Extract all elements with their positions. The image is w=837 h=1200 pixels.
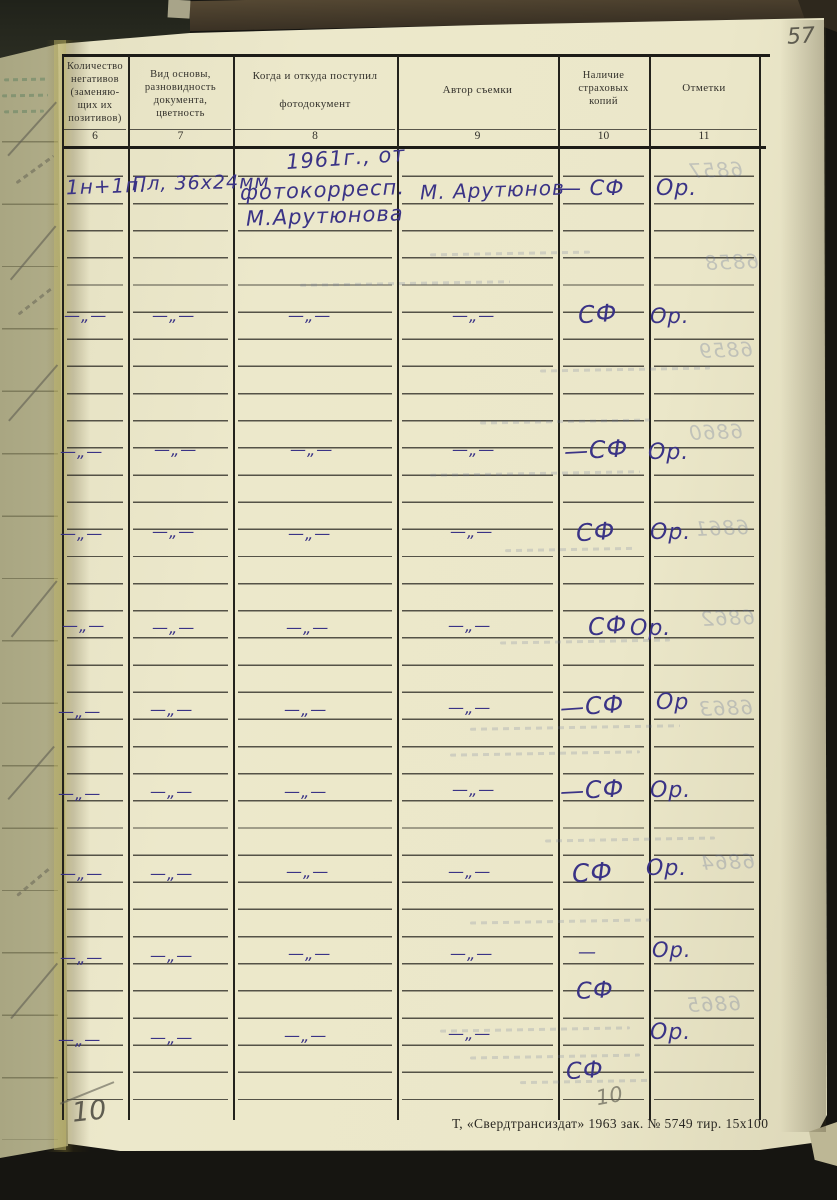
entry-base: —„— — [150, 1028, 193, 1047]
entry-base: —„— — [154, 440, 197, 459]
entry-insurance-below: СФ — [575, 977, 614, 1005]
entry-marks: Ор. — [630, 616, 671, 641]
entry-insurance: —СФ — [559, 690, 625, 722]
entry-insurance: —СФ — [559, 774, 625, 805]
page-right-shading — [780, 20, 826, 1132]
bleedthrough-number: 6859 — [698, 337, 754, 363]
entry-author: М. Арутюнов — [420, 175, 566, 204]
entry-marks: Ор. — [656, 176, 697, 201]
entry-author: —„— — [450, 944, 493, 963]
entry-author: —„— — [452, 306, 495, 325]
entry-negatives: —„— — [62, 616, 105, 635]
entry-base: —„— — [152, 306, 195, 325]
entry-negatives: —„— — [58, 784, 101, 803]
column-number: 11 — [651, 129, 757, 146]
entry-author: —„— — [448, 616, 491, 635]
table-top-border — [62, 54, 770, 57]
entry-negatives: —„— — [60, 524, 103, 543]
entry-negatives: —„— — [60, 442, 103, 461]
column-number: 9 — [399, 129, 556, 146]
entry-insurance: —СФ — [563, 434, 629, 465]
entry-base: —„— — [150, 700, 193, 719]
paper-tab — [168, 0, 191, 19]
entry-received: —„— — [288, 306, 331, 325]
header-negatives-count: Количествонегативов (заменяю-щих их пози… — [64, 60, 126, 126]
column-number: 7 — [130, 129, 231, 146]
bleedthrough-number: 6864 — [700, 849, 756, 875]
header-base-type: Вид основы,разновидность документа,цветн… — [130, 60, 231, 134]
entry-insurance: — СФ — [560, 176, 624, 200]
entry-received: —„— — [288, 944, 331, 963]
entry-marks: Ор. — [650, 520, 691, 545]
entry-author: —„— — [452, 440, 495, 459]
entry-negatives: —„— — [58, 702, 101, 721]
entry-received: —„— — [286, 862, 329, 881]
bleedthrough-number: 6860 — [688, 419, 744, 445]
pencil-count-bottom-left: 10 — [70, 1094, 107, 1128]
printing-imprint: Т, «Свердтрансиздат» 1963 зак. № 5749 ти… — [452, 1116, 797, 1132]
bleedthrough-number: 6861 — [694, 515, 750, 541]
entry-base: —„— — [150, 864, 193, 883]
entry-author: —„— — [448, 1024, 491, 1043]
entry-insurance: СФ — [577, 299, 618, 330]
entry-base: —„— — [152, 618, 195, 637]
header-received-from: Когда и откуда поступил фотодокумент — [235, 60, 395, 136]
entry-received: —„— — [288, 524, 331, 543]
bleedthrough-number: 6865 — [686, 991, 742, 1017]
entry-insurance: — — [578, 942, 597, 963]
entry-insurance: СФ — [575, 517, 616, 548]
entry-marks: Ор. — [648, 440, 689, 465]
entry-insurance: СФ — [571, 857, 614, 889]
entry-marks: Ор — [656, 690, 689, 715]
entry-marks: Ор. — [650, 778, 691, 803]
entry-insurance: СФ — [587, 610, 629, 641]
bleedthrough-number: 6858 — [704, 249, 760, 275]
entry-negatives: —„— — [58, 1030, 101, 1049]
entry-base: —„— — [150, 946, 193, 965]
entry-negatives: —„— — [64, 306, 107, 325]
entry-author: —„— — [452, 780, 495, 799]
scanned-register-page: { "page": { "page_number": "57", "footer… — [0, 0, 837, 1200]
entry-marks: Ор. — [650, 304, 690, 328]
pencil-count-column10: 10 — [594, 1082, 624, 1110]
entry-received: —„— — [284, 1026, 327, 1045]
column-number: 10 — [560, 129, 647, 146]
entry-author: —„— — [448, 698, 491, 717]
entry-negatives: —„— — [60, 864, 103, 883]
entry-insurance-below: СФ — [565, 1057, 605, 1086]
entry-base: —„— — [152, 522, 195, 541]
column-number: 6 — [64, 129, 126, 146]
header-insurance-copies: Наличиестраховых копий — [560, 60, 647, 135]
entry-author: —„— — [448, 862, 491, 881]
column-border — [759, 56, 761, 1120]
entry-received: —„— — [284, 700, 327, 719]
entry-negatives: —„— — [60, 948, 103, 967]
entry-marks: Ор. — [646, 856, 687, 881]
entry-base: —„— — [150, 782, 193, 801]
entry-received: —„— — [284, 782, 327, 801]
bleedthrough-number: 6862 — [700, 605, 756, 631]
page-number: 57 — [786, 23, 815, 49]
entry-author: —„— — [450, 522, 493, 541]
entry-marks: Ор. — [650, 1020, 691, 1045]
entry-marks: Ор. — [652, 938, 692, 962]
bleedthrough-number: 6863 — [698, 695, 754, 721]
entry-received: —„— — [286, 618, 329, 637]
entry-received: —„— — [290, 440, 333, 459]
